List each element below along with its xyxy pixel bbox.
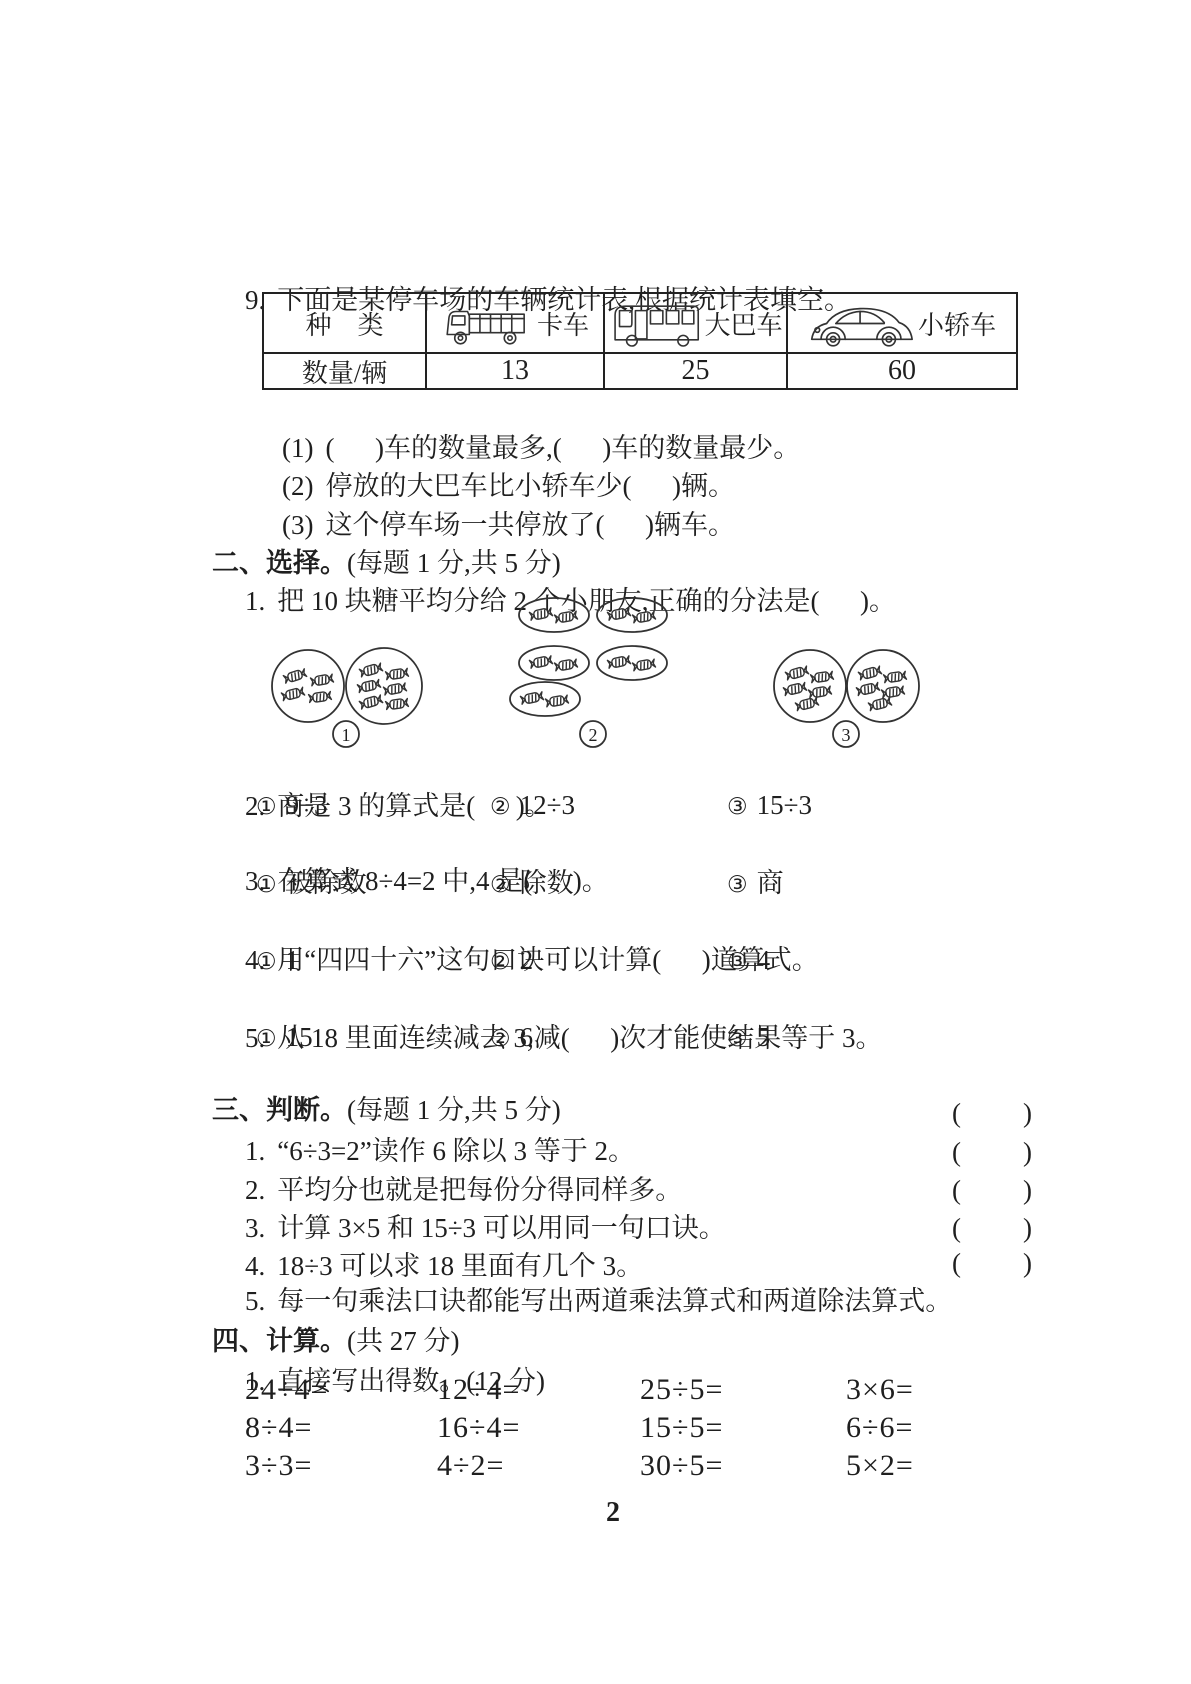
- candy-group-2: [510, 598, 667, 716]
- car-header-cell: 小轿车: [788, 294, 1016, 352]
- calc-cell: 16÷4=: [437, 1409, 520, 1447]
- truck-count-cell: 13: [427, 354, 605, 388]
- figure-label-text: 3: [842, 725, 851, 745]
- qty-label: 数量/辆: [302, 354, 387, 388]
- option-3: ③15÷3: [727, 786, 812, 826]
- calc-cell: 4÷2=: [437, 1447, 504, 1485]
- bus-header-cell: 大巴车: [605, 294, 788, 352]
- option-marker: ②: [490, 872, 511, 898]
- calc-cell: 25÷5=: [640, 1371, 723, 1409]
- paren-open: (: [952, 1094, 961, 1132]
- option-marker: ③: [727, 872, 748, 898]
- option-marker: ①: [256, 1026, 277, 1052]
- figure-label-text: 2: [589, 725, 598, 745]
- bus-count-cell: 25: [605, 354, 788, 388]
- option-2: ②12÷3: [490, 786, 575, 826]
- answer-blank: (): [952, 1171, 1032, 1209]
- paren-open: (: [952, 1244, 961, 1282]
- option-marker: ②: [490, 949, 511, 975]
- option-label: 4: [757, 945, 771, 975]
- candy-group-1: [272, 648, 422, 724]
- bus-icon: [608, 298, 700, 348]
- paren-open: (: [952, 1209, 961, 1247]
- paren-close: ): [1023, 1209, 1032, 1247]
- option-label: 被除数: [286, 868, 367, 898]
- option-1: ①15: [256, 1018, 313, 1058]
- calc-cell: 5×2=: [846, 1447, 914, 1485]
- paren-open: (: [952, 1133, 961, 1171]
- car-label: 小轿车: [918, 305, 996, 342]
- option-marker: ①: [256, 794, 277, 820]
- option-marker: ②: [490, 1026, 511, 1052]
- option-3: ③4: [727, 941, 770, 981]
- option-label: 15: [286, 1022, 313, 1052]
- option-2: ②6: [490, 1018, 533, 1058]
- paren-close: ): [1023, 1244, 1032, 1282]
- answer-blank: (): [952, 1244, 1032, 1282]
- table-data-row: 数量/辆 13 25 60: [264, 354, 1016, 388]
- candy-group-3: [774, 650, 919, 722]
- calc-row-3: 3÷3= 4÷2= 30÷5= 5×2=: [0, 1447, 1191, 1675]
- option-marker: ①: [256, 949, 277, 975]
- bus-label: 大巴车: [704, 305, 782, 342]
- truck-header-cell: 卡车: [427, 294, 605, 352]
- option-label: 9÷3: [286, 790, 328, 820]
- calc-cell: 30÷5=: [640, 1447, 723, 1485]
- vehicle-stats-table: 种 类 卡车: [262, 292, 1018, 390]
- option-3: ③商: [727, 864, 784, 904]
- paren-close: ): [1023, 1133, 1032, 1171]
- candy-figure: 1 2 3: [185, 585, 1041, 755]
- option-marker: ③: [727, 949, 748, 975]
- calc-cell: 15÷5=: [640, 1409, 723, 1447]
- qty-label-cell: 数量/辆: [264, 354, 427, 388]
- paren-open: (: [952, 1171, 961, 1209]
- figure-option-label-1: 1: [333, 721, 359, 747]
- car-count-cell: 60: [788, 354, 1016, 388]
- calc-cell: 24÷4=: [245, 1371, 328, 1409]
- calc-cell: 12÷4=: [437, 1371, 520, 1409]
- option-1: ①被除数: [256, 864, 367, 904]
- calc-cell: 8÷4=: [245, 1409, 312, 1447]
- bus-count: 25: [682, 355, 710, 387]
- truck-count: 13: [501, 355, 529, 387]
- answer-blank: (): [952, 1094, 1032, 1132]
- truck-icon: [441, 298, 533, 348]
- option-label: 12÷3: [520, 790, 575, 820]
- page-number: 2: [185, 1494, 1041, 1532]
- option-label: 除数: [520, 868, 574, 898]
- option-label: 6: [520, 1022, 534, 1052]
- option-3: ③5: [727, 1018, 770, 1058]
- truck-label: 卡车: [537, 305, 589, 342]
- calc-cell: 3÷3=: [245, 1447, 312, 1485]
- calc-cell: 3×6=: [846, 1371, 914, 1409]
- type-label: 种 类: [305, 305, 383, 342]
- option-label: 5: [757, 1022, 771, 1052]
- option-label: 1: [286, 945, 300, 975]
- figure-option-label-3: 3: [833, 721, 859, 747]
- car-count: 60: [888, 355, 916, 387]
- option-label: 2: [520, 945, 534, 975]
- option-1: ①1: [256, 941, 299, 981]
- option-2: ②除数: [490, 864, 574, 904]
- option-marker: ③: [727, 1026, 748, 1052]
- answer-blank: (): [952, 1133, 1032, 1171]
- calc-cell: 6÷6=: [846, 1409, 913, 1447]
- figure-label-text: 1: [342, 725, 351, 745]
- car-icon: [808, 300, 914, 347]
- type-header-cell: 种 类: [264, 294, 427, 352]
- paren-close: ): [1023, 1094, 1032, 1132]
- answer-blank: (): [952, 1209, 1032, 1247]
- option-label: 商: [757, 868, 784, 898]
- option-marker: ①: [256, 872, 277, 898]
- paren-close: ): [1023, 1171, 1032, 1209]
- option-1: ①9÷3: [256, 786, 327, 826]
- option-2: ②2: [490, 941, 533, 981]
- table-header-row: 种 类 卡车: [264, 294, 1016, 354]
- figure-option-label-2: 2: [580, 721, 606, 747]
- option-marker: ③: [727, 794, 748, 820]
- option-marker: ②: [490, 794, 511, 820]
- option-label: 15÷3: [757, 790, 812, 820]
- worksheet-page: 9.下面是某停车场的车辆统计表,根据统计表填空。 种 类: [0, 0, 1191, 1684]
